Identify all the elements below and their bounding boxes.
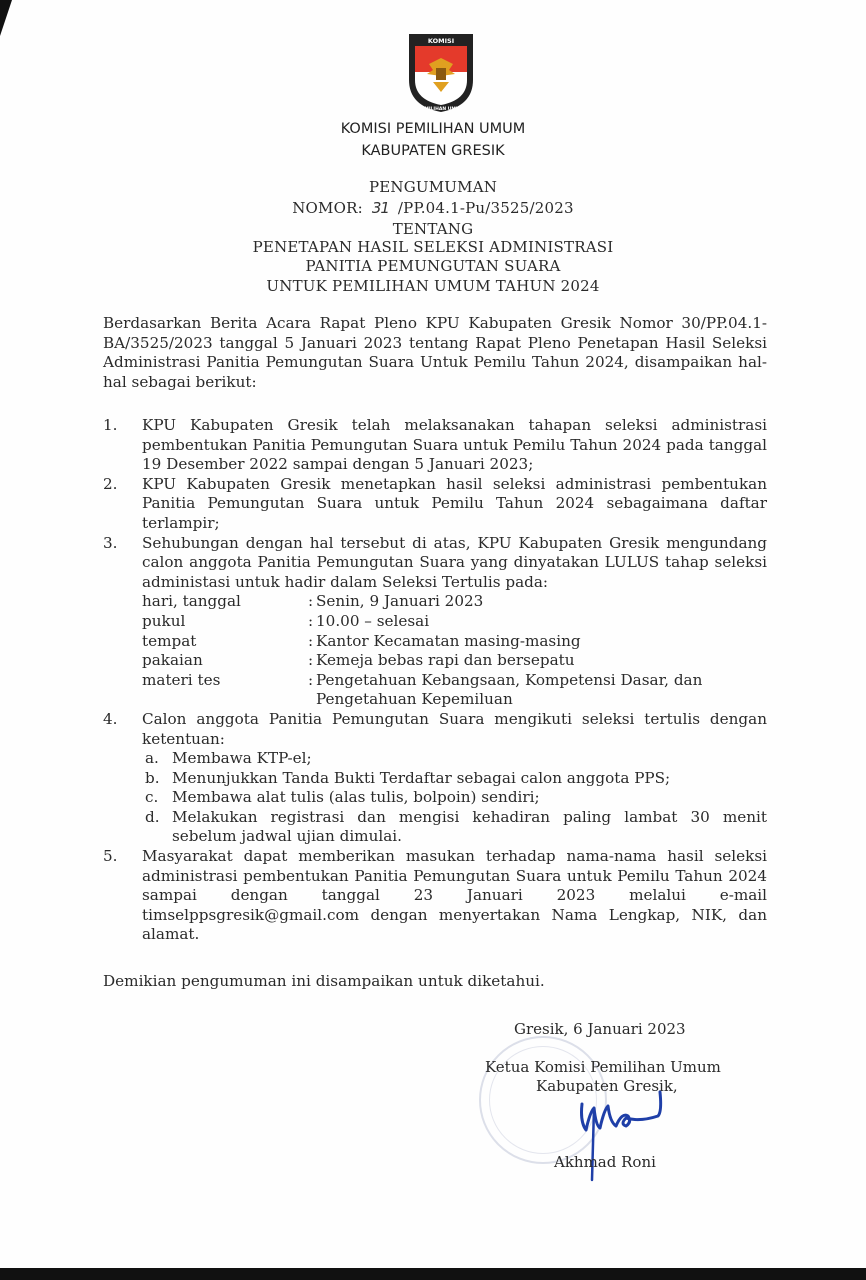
list-item: 1. KPU Kabupaten Gresik telah melaksanak… — [103, 416, 767, 475]
item-number: 3. — [103, 534, 118, 554]
item-text: Sehubungan dengan hal tersebut di atas, … — [142, 534, 767, 593]
schedule-label: hari, tanggal — [142, 592, 308, 612]
schedule-row: pukul :10.00 – selesai — [142, 612, 702, 632]
schedule-value-continued: Pengetahuan Kepemiluan — [308, 690, 702, 710]
sub-item-letter: b. — [145, 769, 160, 789]
schedule-row: materi tes :Pengetahuan Kebangsaan, Komp… — [142, 671, 702, 710]
subject-line-3: UNTUK PEMILIHAN UMUM TAHUN 2024 — [0, 277, 866, 295]
schedule-value: Senin, 9 Januari 2023 — [316, 592, 483, 610]
item-text: KPU Kabupaten Gresik telah melaksanakan … — [142, 416, 767, 475]
sub-item-text: Membawa alat tulis (alas tulis, bolpoin)… — [172, 788, 767, 808]
closing-statement: Demikian pengumuman ini disampaikan untu… — [103, 972, 545, 990]
sub-item-letter: d. — [145, 808, 160, 828]
schedule-row: tempat :Kantor Kecamatan masing-masing — [142, 632, 702, 652]
schedule-label: materi tes — [142, 671, 308, 710]
schedule-value: Pengetahuan Kebangsaan, Kompetensi Dasar… — [316, 671, 702, 689]
document-type: PENGUMUMAN — [0, 178, 866, 196]
schedule-table: hari, tanggal :Senin, 9 Januari 2023 puk… — [142, 592, 702, 710]
list-item: 5. Masyarakat dapat memberikan masukan t… — [103, 847, 767, 945]
scan-corner-shadow — [0, 0, 12, 36]
item-number: 5. — [103, 847, 118, 867]
schedule-value: Kemeja bebas rapi dan bersepatu — [316, 651, 575, 669]
item-number: 2. — [103, 475, 118, 495]
schedule-label: pakaian — [142, 651, 308, 671]
list-item: 4. Calon anggota Panitia Pemungutan Suar… — [103, 710, 767, 847]
schedule-row: hari, tanggal :Senin, 9 Januari 2023 — [142, 592, 702, 612]
sub-item: b. Menunjukkan Tanda Bukti Terdaftar seb… — [145, 769, 767, 789]
schedule-label: pukul — [142, 612, 308, 632]
item-number: 1. — [103, 416, 118, 436]
sub-item: a. Membawa KTP-el; — [145, 749, 767, 769]
place-and-date: Gresik, 6 Januari 2023 — [514, 1020, 686, 1038]
list-item: 2. KPU Kabupaten Gresik menetapkan hasil… — [103, 475, 767, 534]
intro-paragraph: Berdasarkan Berita Acara Rapat Pleno KPU… — [103, 314, 767, 392]
item-number: 4. — [103, 710, 118, 730]
scan-bottom-edge — [0, 1268, 866, 1280]
schedule-label: tempat — [142, 632, 308, 652]
item-text: Masyarakat dapat memberikan masukan terh… — [142, 847, 767, 945]
number-label: NOMOR: — [292, 199, 363, 217]
svg-text:KOMISI: KOMISI — [428, 37, 454, 45]
signatory-name: Akhmad Roni — [554, 1153, 656, 1171]
kpu-garuda-emblem-icon: KOMISI PEMILIHAN UMUM — [403, 30, 479, 114]
schedule-value: 10.00 – selesai — [316, 612, 429, 630]
number-rest: /PP.04.1-Pu/3525/2023 — [398, 199, 574, 217]
sub-item-letter: c. — [145, 788, 158, 808]
about-label: TENTANG — [0, 220, 866, 238]
handwritten-number: 31 — [368, 199, 393, 217]
item-text: Calon anggota Panitia Pemungutan Suara m… — [142, 710, 767, 749]
schedule-row: pakaian :Kemeja bebas rapi dan bersepatu — [142, 651, 702, 671]
sub-item: d. Melakukan registrasi dan mengisi keha… — [145, 808, 767, 847]
document-page: KOMISI PEMILIHAN UMUM KOMISI PEMILIHAN U… — [0, 0, 866, 1268]
signatory-position: Ketua Komisi Pemilihan Umum — [485, 1058, 721, 1076]
svg-text:PEMILIHAN UMUM: PEMILIHAN UMUM — [418, 106, 464, 112]
sub-item-text: Melakukan registrasi dan mengisi kehadir… — [172, 808, 767, 847]
institution-region: KABUPATEN GRESIK — [0, 143, 866, 159]
institution-name: KOMISI PEMILIHAN UMUM — [0, 121, 866, 137]
document-number: NOMOR: 31 /PP.04.1-Pu/3525/2023 — [0, 199, 866, 217]
sub-item-text: Membawa KTP-el; — [172, 749, 767, 769]
sub-item-text: Menunjukkan Tanda Bukti Terdaftar sebaga… — [172, 769, 767, 789]
subject-line-1: PENETAPAN HASIL SELEKSI ADMINISTRASI — [0, 238, 866, 256]
schedule-value: Kantor Kecamatan masing-masing — [316, 632, 581, 650]
numbered-list: 1. KPU Kabupaten Gresik telah melaksanak… — [103, 416, 767, 945]
item-text: KPU Kabupaten Gresik menetapkan hasil se… — [142, 475, 767, 534]
sub-item: c. Membawa alat tulis (alas tulis, bolpo… — [145, 788, 767, 808]
subject-line-2: PANITIA PEMUNGUTAN SUARA — [0, 257, 866, 275]
list-item: 3. Sehubungan dengan hal tersebut di ata… — [103, 534, 767, 710]
sub-item-letter: a. — [145, 749, 159, 769]
